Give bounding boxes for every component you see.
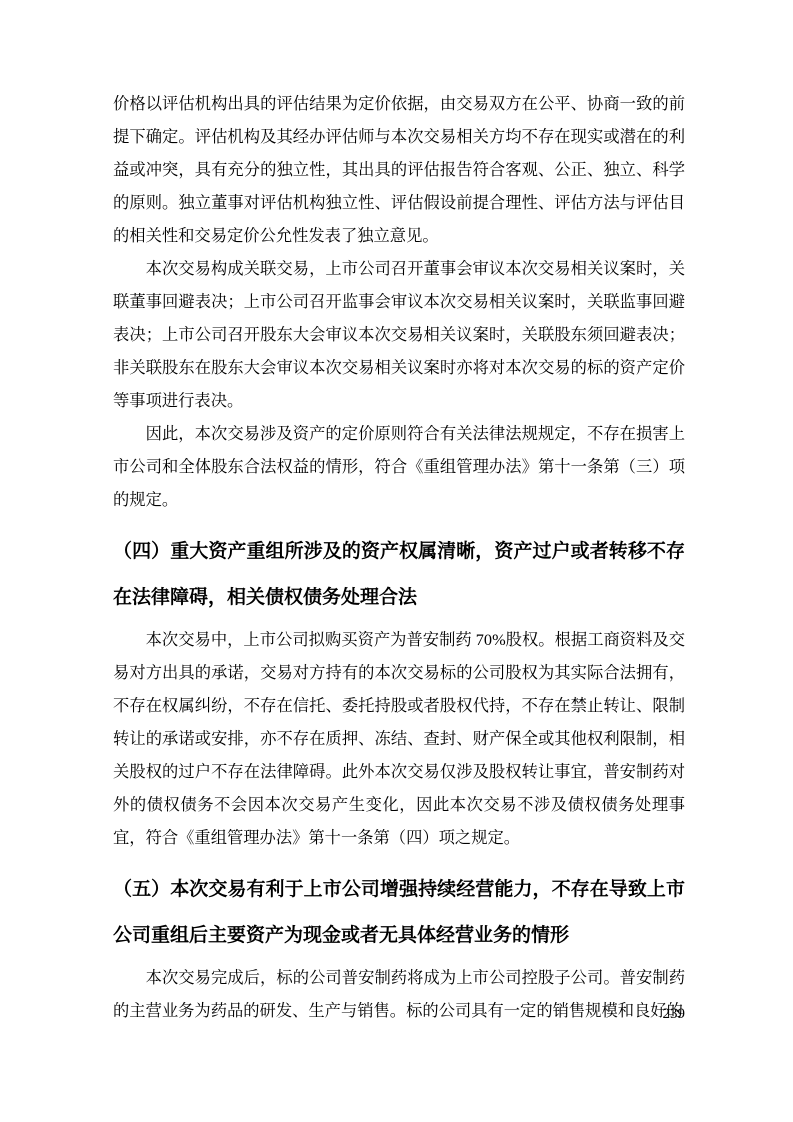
paragraph-pricing-basis: 价格以评估机构出具的评估结果为定价依据，由交易双方在公平、协商一致的前提下确定。… <box>113 87 685 252</box>
paragraph-conclusion-item-three: 因此，本次交易涉及资产的定价原则符合有关法律法规规定，不存在损害上市公司和全体股… <box>113 417 685 516</box>
section-heading-five: （五）本次交易有利于上市公司增强持续经营能力，不存在导致上市公司重组后主要资产为… <box>113 867 685 959</box>
paragraph-post-transaction-business: 本次交易完成后，标的公司普安制药将成为上市公司控股子公司。普安制药的主营业务为药… <box>113 961 685 1027</box>
paragraph-related-party-voting: 本次交易构成关联交易，上市公司召开董事会审议本次交易相关议案时，关联董事回避表决… <box>113 252 685 417</box>
page-number: 239 <box>663 1003 686 1025</box>
section-heading-four: （四）重大资产重组所涉及的资产权属清晰，资产过户或者转移不存在法律障碍，相关债权… <box>113 529 685 621</box>
document-content: 价格以评估机构出具的评估结果为定价依据，由交易双方在公平、协商一致的前提下确定。… <box>113 87 685 1027</box>
document-page: 价格以评估机构出具的评估结果为定价依据，由交易双方在公平、协商一致的前提下确定。… <box>0 0 793 1122</box>
paragraph-equity-ownership: 本次交易中，上市公司拟购买资产为普安制药 70%股权。根据工商资料及交易对方出具… <box>113 623 685 854</box>
